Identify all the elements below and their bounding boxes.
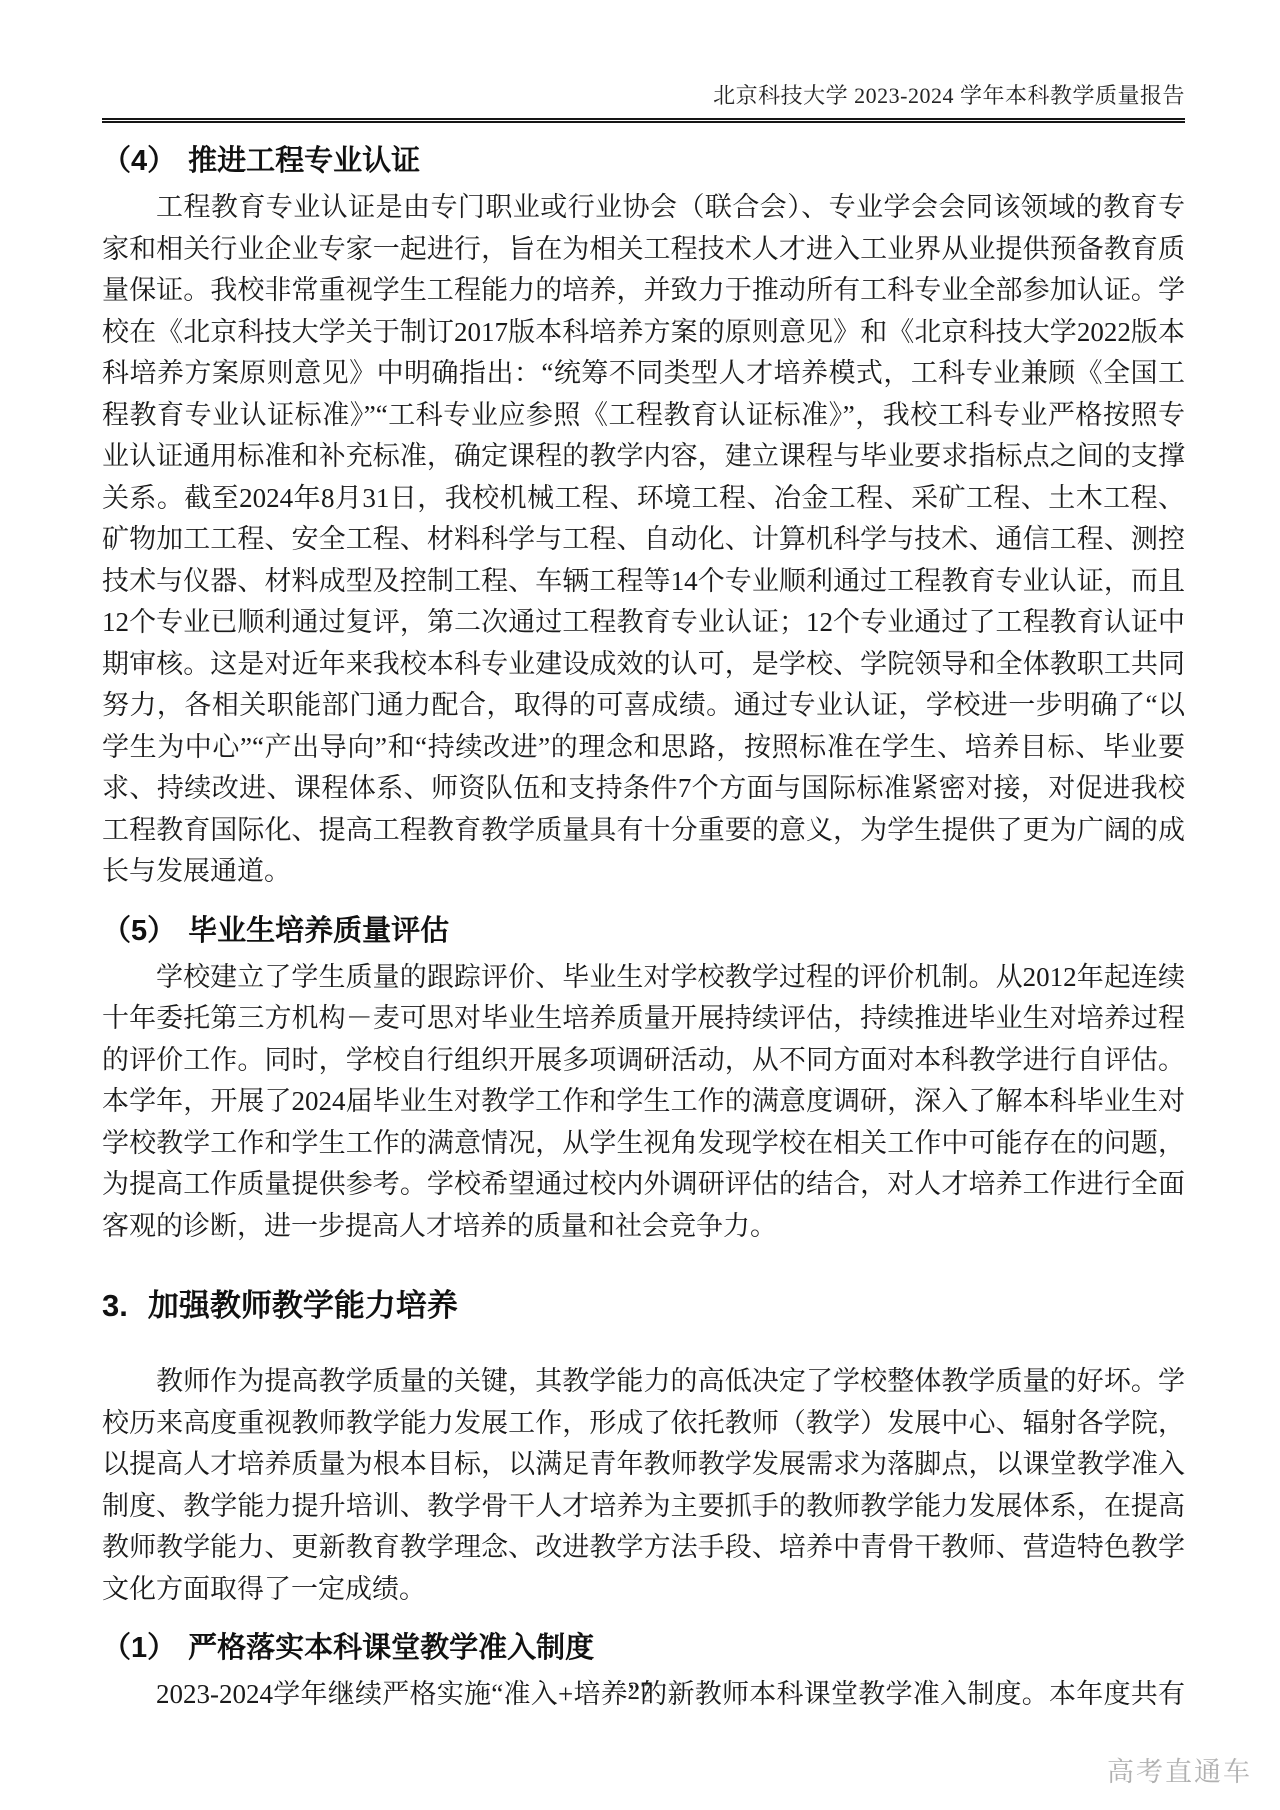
running-header-title: 北京科技大学 2023-2024 学年本科教学质量报告 (102, 0, 1185, 110)
paragraph-promote-cert: 工程教育专业认证是由专门职业或行业协会（联合会）、专业学会会同该领域的教育专家和… (102, 187, 1185, 893)
section-number: 3. (102, 1288, 128, 1323)
heading-classroom-access: （1）严格落实本科课堂教学准入制度 (102, 1626, 1185, 1670)
page-number: 27 (0, 1678, 1280, 1706)
header-rule (102, 118, 1185, 123)
heading-number: （1） (102, 1632, 176, 1664)
heading-number: （5） (102, 915, 176, 947)
heading-teacher-ability: 3.加强教师教学能力培养 (102, 1283, 1185, 1329)
heading-graduate-eval: （5）毕业生培养质量评估 (102, 909, 1185, 953)
heading-title: 毕业生培养质量评估 (188, 915, 449, 947)
heading-title: 推进工程专业认证 (188, 145, 420, 177)
heading-number: （4） (102, 145, 176, 177)
paragraph-teacher-ability: 教师作为提高教学质量的关键，其教学能力的高低决定了学校整体教学质量的好坏。学校历… (102, 1361, 1185, 1610)
watermark-text: 高考直通车 (1107, 1750, 1252, 1789)
paragraph-graduate-eval: 学校建立了学生质量的跟踪评价、毕业生对学校教学过程的评价机制。从2012年起连续… (102, 957, 1185, 1248)
heading-title: 严格落实本科课堂教学准入制度 (188, 1632, 594, 1664)
section-title: 加强教师教学能力培养 (148, 1288, 458, 1323)
document-page: 北京科技大学 2023-2024 学年本科教学质量报告 （4）推进工程专业认证 … (0, 0, 1280, 1810)
heading-promote-cert: （4）推进工程专业认证 (102, 139, 1185, 183)
